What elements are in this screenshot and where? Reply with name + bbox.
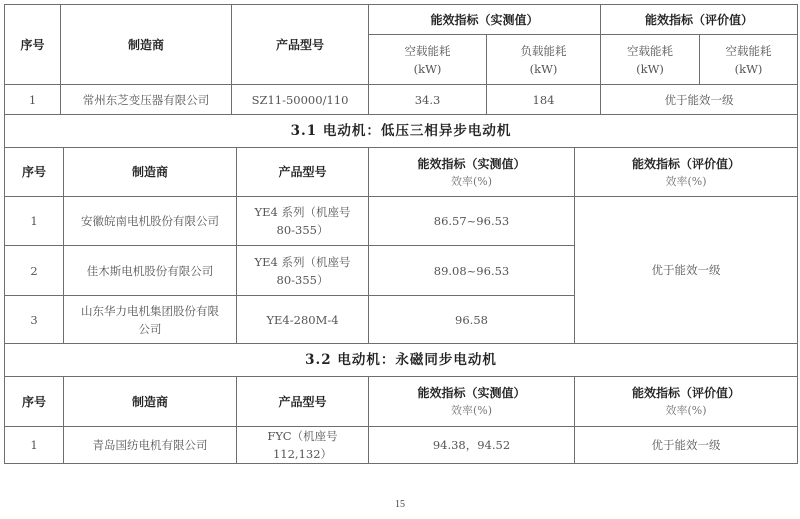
table-row: 1 常州东芝变压器有限公司 SZ11-50000/110 34.3 184 优于…	[5, 85, 798, 115]
cell-model: YE4 系列（机座号 80-355）	[237, 197, 369, 246]
cell-model: FYC（机座号 112,132）	[237, 427, 369, 464]
cell-seq: 2	[5, 246, 64, 296]
cell-measured: 86.57~96.53	[369, 197, 575, 246]
section-title-3-1: 3.1 电动机：低压三相异步电动机	[5, 115, 798, 148]
header-seq: 序号	[5, 148, 64, 197]
header-rated: 能效指标（评价值） 效率(%)	[575, 377, 798, 427]
cell-model: SZ11-50000/110	[232, 85, 369, 115]
header-measured: 能效指标（实测值） 效率(%)	[369, 148, 575, 197]
cell-measured: 94.38，94.52	[369, 427, 575, 464]
header-model: 产品型号	[232, 5, 369, 85]
transformer-table: 序号 制造商 产品型号 能效指标（实测值） 能效指标（评价值） 空载能耗 (kW…	[4, 4, 798, 115]
section-title-3-2: 3.2 电动机：永磁同步电动机	[5, 344, 798, 377]
header-seq: 序号	[5, 377, 64, 427]
cell-model: YE4 系列（机座号 80-355）	[237, 246, 369, 296]
table-row: 1 青岛国纺电机有限公司 FYC（机座号 112,132） 94.38，94.5…	[5, 427, 798, 464]
header-rated: 能效指标（评价值） 效率(%)	[575, 148, 798, 197]
cell-no-load: 34.3	[369, 85, 487, 115]
header-rated-no-load: 空载能耗 (kW)	[601, 35, 700, 85]
cell-manufacturer: 常州东芝变压器有限公司	[61, 85, 232, 115]
cell-manufacturer: 山东华力电机集团股份有限公司	[64, 296, 237, 344]
table-row: 1 安徽皖南电机股份有限公司 YE4 系列（机座号 80-355） 86.57~…	[5, 197, 798, 246]
motor-table: 3.1 电动机：低压三相异步电动机 序号 制造商 产品型号 能效指标（实测值） …	[4, 114, 798, 464]
header-seq: 序号	[5, 5, 61, 85]
page-number: 15	[0, 499, 800, 510]
header-measured-load: 负载能耗 (kW)	[487, 35, 601, 85]
cell-seq: 1	[5, 85, 61, 115]
cell-model: YE4-280M-4	[237, 296, 369, 344]
header-measured: 能效指标（实测值） 效率(%)	[369, 377, 575, 427]
cell-rating: 优于能效一级	[575, 427, 798, 464]
cell-manufacturer: 佳木斯电机股份有限公司	[64, 246, 237, 296]
header-rated-no-load-2: 空载能耗 (kW)	[700, 35, 798, 85]
cell-measured: 96.58	[369, 296, 575, 344]
cell-manufacturer: 青岛国纺电机有限公司	[64, 427, 237, 464]
cell-rating-merged: 优于能效一级	[575, 197, 798, 344]
cell-seq: 3	[5, 296, 64, 344]
header-rated-group: 能效指标（评价值）	[601, 5, 798, 35]
cell-manufacturer: 安徽皖南电机股份有限公司	[64, 197, 237, 246]
cell-seq: 1	[5, 197, 64, 246]
header-measured-group: 能效指标（实测值）	[369, 5, 601, 35]
header-manufacturer: 制造商	[61, 5, 232, 85]
header-model: 产品型号	[237, 148, 369, 197]
cell-load: 184	[487, 85, 601, 115]
cell-seq: 1	[5, 427, 64, 464]
cell-rating: 优于能效一级	[601, 85, 798, 115]
cell-measured: 89.08~96.53	[369, 246, 575, 296]
header-manufacturer: 制造商	[64, 148, 237, 197]
header-manufacturer: 制造商	[64, 377, 237, 427]
header-measured-no-load: 空载能耗 (kW)	[369, 35, 487, 85]
header-model: 产品型号	[237, 377, 369, 427]
